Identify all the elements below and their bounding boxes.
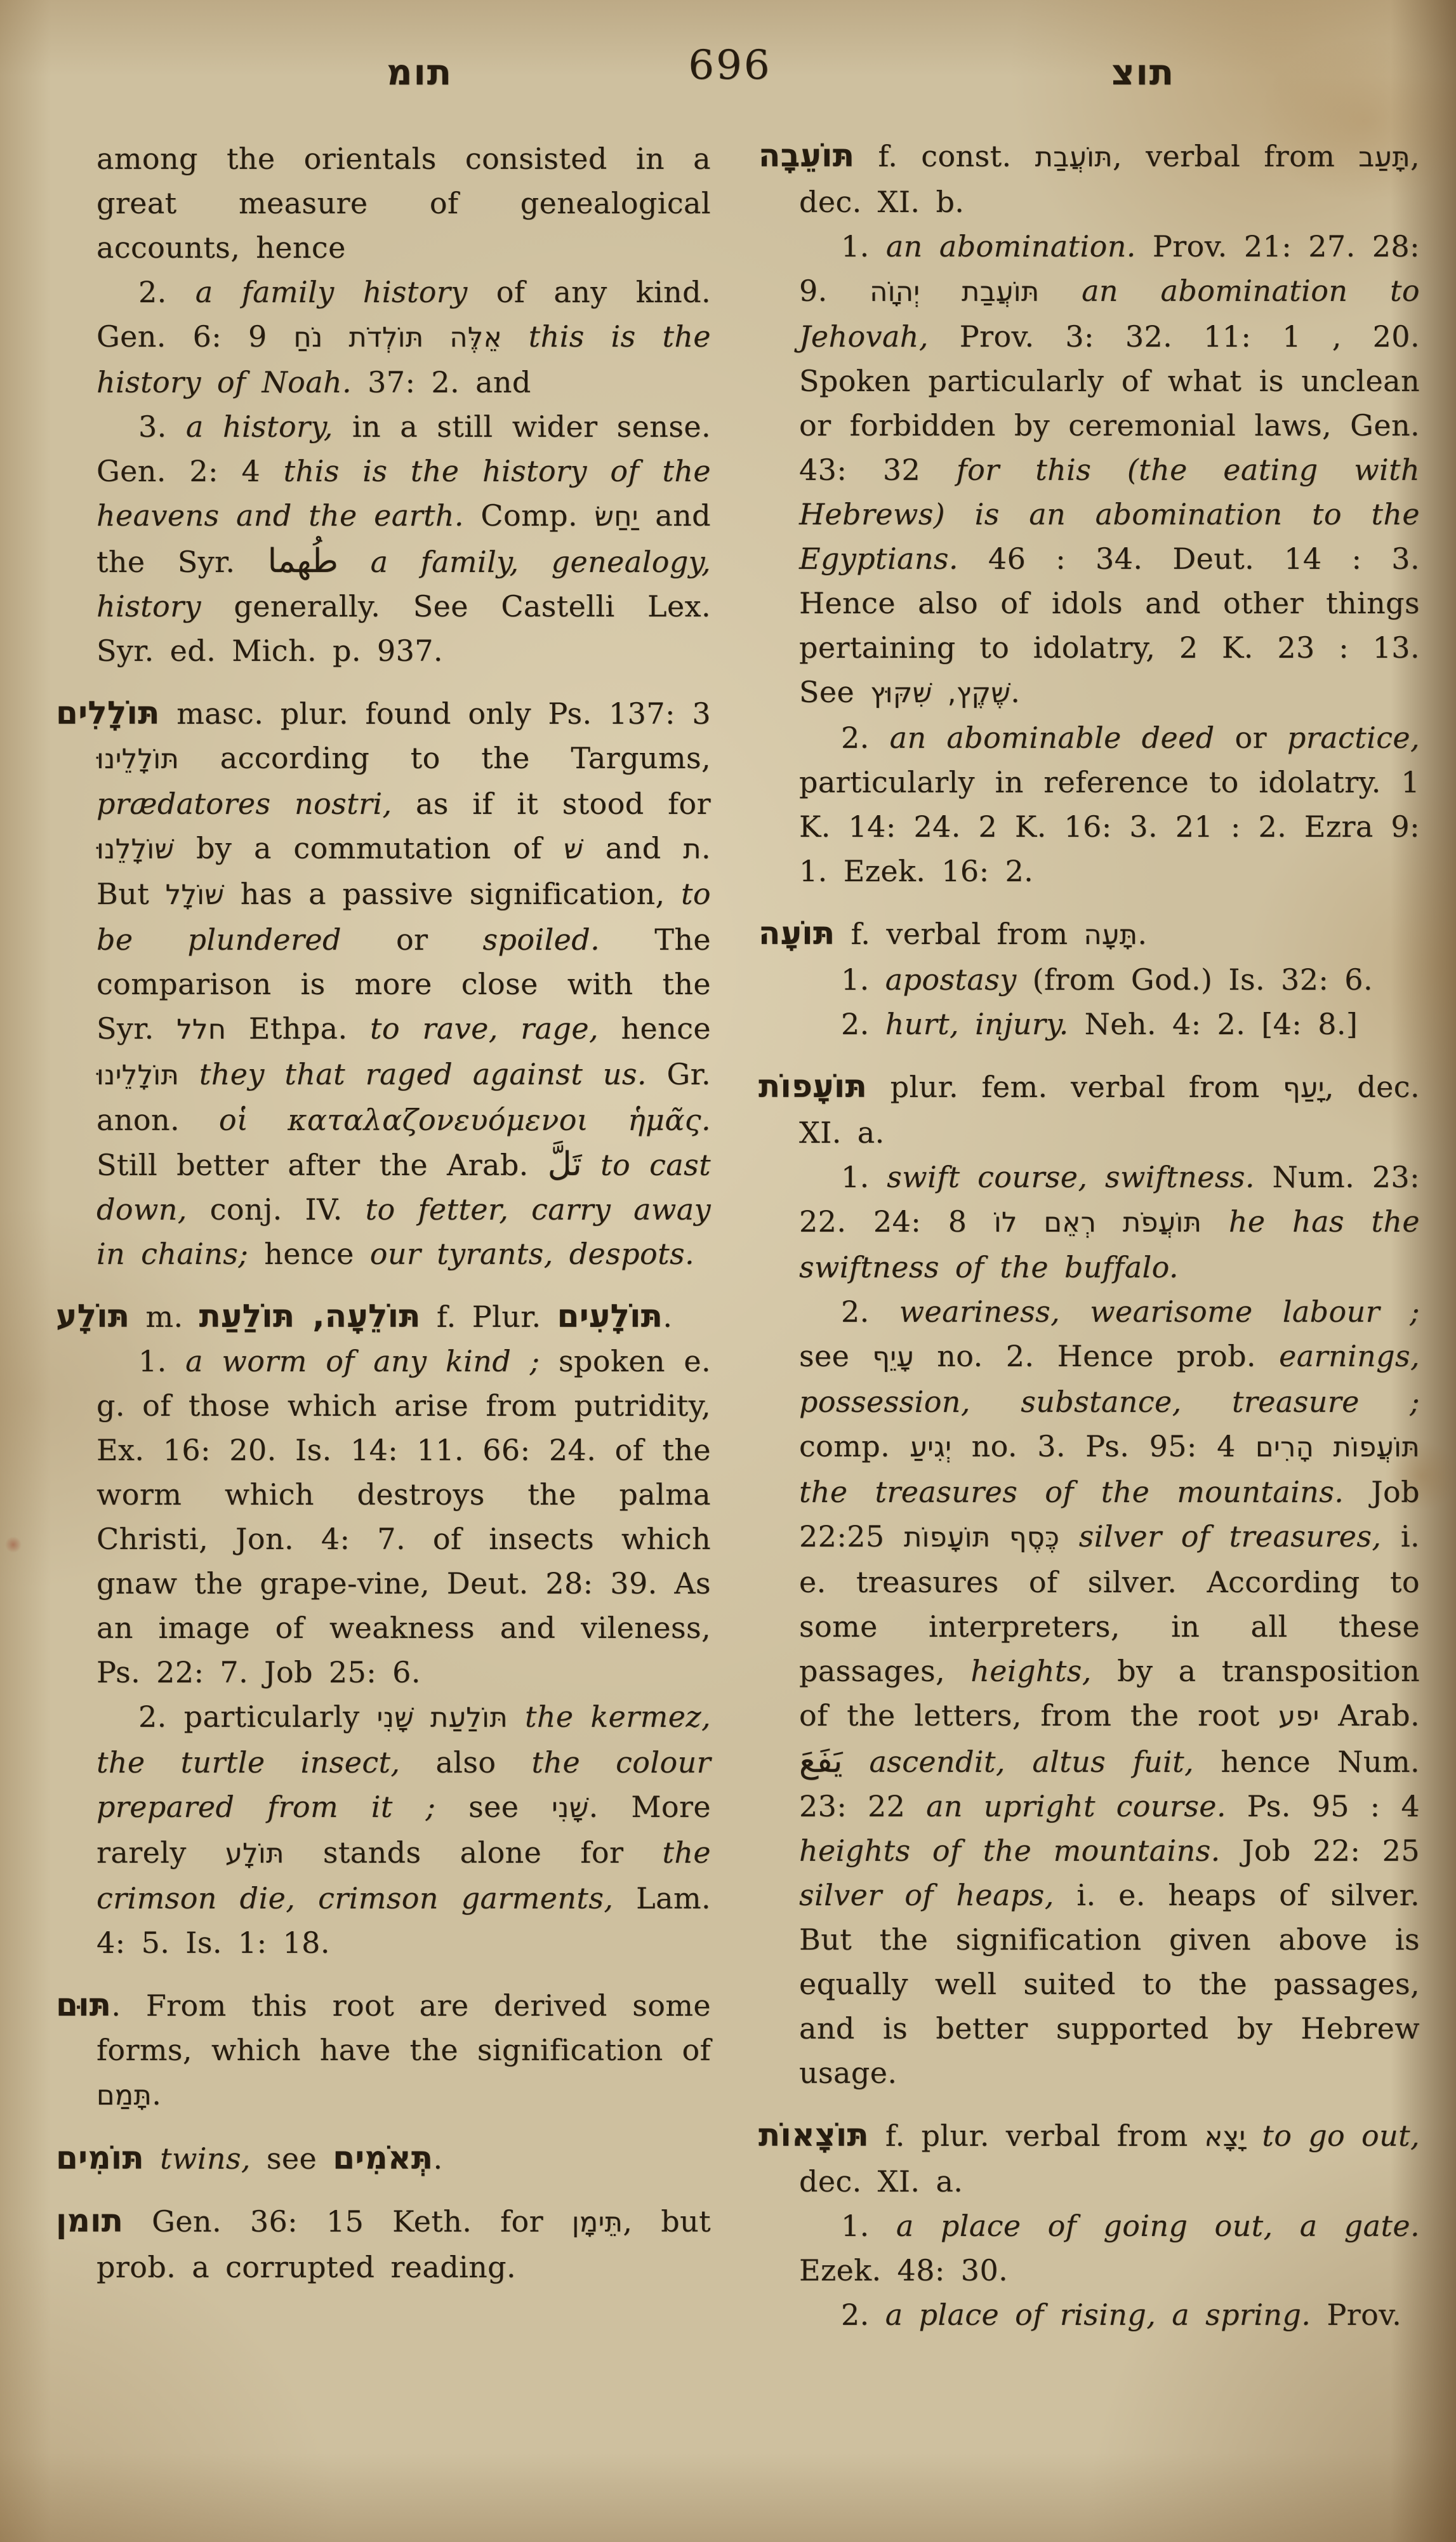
lexicon-entry-paragraph: תּוֹלָע m. תּוֹלֵעָה, תּוֹלַעַת f. Plur.… <box>96 1294 711 1339</box>
text-run: m. <box>129 1300 199 1334</box>
text-run: heights of the mountains. <box>799 1833 1221 1868</box>
text-run: 37: 2. and <box>352 365 531 399</box>
text-paragraph: 1. swift course, swiftness. Num. 23: 22.… <box>799 1155 1420 1289</box>
text-run: Comp. <box>464 498 595 533</box>
text-run: particularly in reference to idolatry. 1… <box>799 765 1420 888</box>
text-run: שׁוֹלָלֵנוּ <box>96 834 174 865</box>
text-run: 3. <box>138 409 186 444</box>
text-run: תָּמַם <box>96 2080 152 2112</box>
text-run: 1. <box>841 962 885 997</box>
text-paragraph: 2. particularly תּוֹלַעַת שָׁנִי the ker… <box>96 1694 711 1965</box>
text-paragraph: 2. an abominable deed or practice, parti… <box>799 715 1420 893</box>
text-run: our tyrants, despots. <box>370 1237 694 1271</box>
lexicon-entry-paragraph: תּוֹצָאוֹת f. plur. verbal from יָצָא to… <box>799 2113 1420 2204</box>
lexicon-entry-paragraph: תומן Gen. 36: 15 Keth. for תֵּימָן, but … <box>96 2199 711 2289</box>
text-run: f. verbal from <box>835 917 1084 951</box>
text-run: תּוֹעָה <box>758 915 835 952</box>
text-run: , verbal from <box>1113 139 1358 173</box>
text-run: שָׁנִי <box>552 1792 589 1824</box>
text-paragraph: 2. hurt, injury. Neh. 4: 2. [4: 8.] <box>799 1002 1420 1046</box>
text-run: طُهما <box>268 542 338 580</box>
text-run: and <box>583 831 683 865</box>
text-run: יָעַף <box>1283 1072 1325 1104</box>
text-run: יָצָא <box>1205 2121 1246 2153</box>
text-run: see <box>435 1790 552 1824</box>
text-run: a place of rising, a spring. <box>885 2298 1311 2332</box>
text-paragraph: among the orientals consisted in a great… <box>96 136 711 270</box>
text-run: תּוֹעֲפוֹת הָרִים <box>1255 1432 1420 1463</box>
text-run: spoiled. <box>483 922 600 957</box>
text-run: 1. <box>841 2209 896 2243</box>
text-run: weariness, wearisome labour ; <box>899 1294 1420 1329</box>
text-run: . <box>152 2077 161 2112</box>
text-run: תּוֹלָע <box>56 1298 129 1334</box>
text-run: (from God.) Is. 32: 6. <box>1017 962 1373 997</box>
text-run: תּוֹצָאוֹת <box>758 2117 869 2153</box>
text-run: Job 22: 25 <box>1221 1833 1420 1868</box>
text-run: שׁ <box>564 834 583 865</box>
right-text-column: תּוֹעֵבָה f. const. תּוֹעֲבַת, verbal fr… <box>758 133 1420 2337</box>
text-run: תומן <box>56 2202 123 2239</box>
text-run: تَلَّ <box>548 1145 582 1183</box>
text-run: Prov. <box>1311 2298 1401 2332</box>
text-run: 2. <box>841 2298 885 2332</box>
text-run: . From this root are derived some forms,… <box>96 1988 711 2067</box>
text-run: has a passive signification, <box>224 877 681 911</box>
text-run: ascendit, altus fuit, <box>842 1745 1194 1779</box>
text-run: תּוֹעֲבַת יְהוָֹה <box>870 276 1039 308</box>
left-text-column: among the orientals consisted in a great… <box>56 136 711 2289</box>
text-run: spoken e. g. of those which arise from p… <box>96 1344 711 1689</box>
text-run: Arab. <box>1320 1698 1420 1733</box>
lexicon-entry-paragraph: תּוֹמִים twins, see תְּאֹמִים. <box>96 2136 711 2181</box>
text-run: or <box>341 922 483 957</box>
text-run: . <box>1137 917 1147 951</box>
text-run: 2. <box>138 275 195 309</box>
text-paragraph: 3. a history, in a still wider sense. Ge… <box>96 404 711 673</box>
text-run: to rave, rage, <box>370 1011 599 1046</box>
text-run: swift course, swiftness. <box>887 1160 1255 1194</box>
text-run: תָּעָה <box>1084 919 1138 951</box>
text-run: apostasy <box>885 962 1017 997</box>
text-run: twins, <box>144 2141 251 2176</box>
text-run: to go out, <box>1246 2119 1420 2153</box>
text-run: תְּאֹמִים <box>333 2139 433 2176</box>
text-run: 1. <box>138 1344 185 1378</box>
lexicon-entry-paragraph: תּוֹעֵבָה f. const. תּוֹעֲבַת, verbal fr… <box>799 133 1420 224</box>
text-run: practice, <box>1287 721 1420 755</box>
text-run: 1. <box>841 1160 887 1194</box>
text-run: תּוֹלָע <box>225 1838 284 1870</box>
text-run: silver of treasures, <box>1059 1519 1381 1554</box>
text-run: אֵלֶּה תּוֹלְדֹת נֹחַ <box>293 322 501 354</box>
text-run: שֶׁקֶץ, שִׁקּוּץ <box>870 677 1010 709</box>
text-run: תּוֹעֲפֹת רְאֵם לוֹ <box>994 1207 1201 1239</box>
text-run: . <box>433 2141 442 2176</box>
text-run: as if it stood for <box>392 787 711 821</box>
text-run: תּוֹלָעִים <box>557 1298 663 1334</box>
text-run: stands alone for <box>284 1835 663 1870</box>
text-run: יְגִיעַ <box>910 1432 951 1463</box>
text-run: hence <box>599 1011 711 1046</box>
text-paragraph: 1. a place of going out, a gate. Ezek. 4… <box>799 2204 1420 2292</box>
text-run: by a commutation of <box>174 831 564 865</box>
text-run: f. const. <box>854 139 1035 173</box>
page-number: 696 <box>641 42 819 89</box>
text-run: among the orientals consisted in a great… <box>96 142 711 265</box>
text-run: 2. <box>841 721 890 755</box>
text-run: a place of going out, a gate. <box>896 2209 1420 2243</box>
text-run: ת <box>683 834 701 865</box>
text-run: שׁוֹלָל <box>166 879 225 911</box>
text-run: an upright course. <box>926 1789 1226 1823</box>
text-run: Ezek. 48: 30. <box>799 2253 1008 2287</box>
text-run: hurt, injury. <box>885 1007 1069 1041</box>
text-run: תּוּם <box>56 1986 111 2023</box>
text-run: Ps. 95 : 4 <box>1226 1789 1420 1823</box>
text-run: Neh. 4: 2. [4: 8.] <box>1069 1007 1358 1041</box>
text-run: תּוֹלֵעָה, תּוֹלַעַת <box>199 1298 421 1334</box>
text-paragraph: 2. a family history of any kind. Gen. 6:… <box>96 270 711 404</box>
text-run: يَفَعَ <box>799 1742 842 1780</box>
text-run: plur. fem. verbal from <box>867 1070 1283 1104</box>
text-run: תָּעַב <box>1358 142 1410 173</box>
text-run: comp. <box>799 1429 910 1463</box>
text-run: prædatores nostri, <box>96 787 392 821</box>
text-run: no. 3. Ps. 95: 4 <box>951 1429 1255 1463</box>
text-run: an abominable deed <box>890 721 1215 755</box>
running-head-catchword-right: תוצ <box>1076 52 1210 93</box>
text-paragraph: 1. an abomination. Prov. 21: 27. 28: 9. … <box>799 224 1420 715</box>
text-run: see <box>799 1339 872 1373</box>
paper-stain-left-margin <box>5 1536 22 1553</box>
running-head-catchword-left: תומ <box>353 52 486 93</box>
text-run: the treasures of the mountains. <box>799 1475 1344 1509</box>
text-run: חלל <box>176 1014 226 1046</box>
text-run: . <box>663 1300 672 1334</box>
lexicon-entry-paragraph: תּוּם. From this root are derived some f… <box>96 1983 711 2118</box>
text-run: conj. IV. <box>187 1192 366 1227</box>
text-run: תּוֹמִים <box>56 2139 144 2176</box>
text-run: dec. XI. a. <box>799 2164 963 2199</box>
text-run: 1. <box>841 229 886 263</box>
scanned-book-page: תומ 696 תוצ among the orientals consiste… <box>0 0 1456 2542</box>
text-run: תּוֹעֲבַת <box>1035 142 1113 173</box>
text-run: 2. <box>841 1007 885 1041</box>
text-paragraph: 1. apostasy (from God.) Is. 32: 6. <box>799 957 1420 1002</box>
text-run: תּוֹלָלִים <box>56 695 160 731</box>
text-run: יַחַשׂ <box>594 501 638 533</box>
text-run: Ethpa. <box>226 1011 370 1046</box>
text-run: תּוֹעֵבָה <box>758 137 854 174</box>
text-run: see <box>251 2141 333 2176</box>
lexicon-entry-paragraph: תּוֹעָה f. verbal from תָּעָה. <box>799 911 1420 957</box>
text-run: Still better after the Arab. <box>96 1148 548 1182</box>
text-paragraph: 1. a worm of any kind ; spoken e. g. of … <box>96 1339 711 1694</box>
text-paragraph: 2. a place of rising, a spring. Prov. <box>799 2292 1420 2337</box>
lexicon-entry-paragraph: תּוֹעָפוֹת plur. fem. verbal from יָעַף,… <box>799 1064 1420 1155</box>
text-run: a family history <box>195 275 468 309</box>
text-run: οἱ καταλαζονευόμενοι ἡμᾶς. <box>219 1103 711 1137</box>
text-run: תּוֹלָלֵינוּ <box>96 1060 179 1091</box>
text-run: תּוֹעָפוֹת <box>758 1068 867 1105</box>
text-run: they that raged against us. <box>179 1057 647 1091</box>
text-run: heights, <box>970 1654 1092 1688</box>
lexicon-entry-paragraph: תּוֹלָלִים masc. plur. found only Ps. 13… <box>96 691 711 1276</box>
text-paragraph: 2. weariness, wearisome labour ; see עָי… <box>799 1289 1420 2095</box>
text-run: hence <box>248 1237 370 1271</box>
text-run: 2. particularly <box>138 1700 377 1734</box>
text-run: עָיֵף <box>872 1341 914 1373</box>
text-run: יפע <box>1278 1701 1320 1733</box>
text-run: תּוֹלָלֵינוּ <box>96 743 179 775</box>
text-run: f. plur. verbal from <box>869 2119 1204 2153</box>
text-run: masc. plur. found only Ps. 137: 3 <box>160 696 711 731</box>
text-run: also <box>400 1745 531 1780</box>
text-run: . <box>1010 675 1020 709</box>
text-run: a history, <box>186 409 333 444</box>
text-run: no. 2. Hence prob. <box>914 1339 1279 1373</box>
text-run: according to the Targums, <box>179 741 711 775</box>
text-run: f. Plur. <box>421 1300 557 1334</box>
text-run: a worm of any kind ; <box>185 1344 539 1378</box>
text-run: an abomination. <box>886 229 1136 263</box>
text-run: Gen. 36: 15 Keth. for <box>123 2204 572 2239</box>
text-run: 2. <box>841 1294 899 1329</box>
text-run: silver of heaps, <box>799 1878 1054 1912</box>
text-run: or <box>1215 721 1287 755</box>
text-run: כֶּסֶף תּוֹעָפוֹת <box>904 1522 1059 1554</box>
text-run: תּוֹלַעַת שָׁנִי <box>377 1702 508 1734</box>
text-run: תֵּימָן <box>572 2207 623 2239</box>
